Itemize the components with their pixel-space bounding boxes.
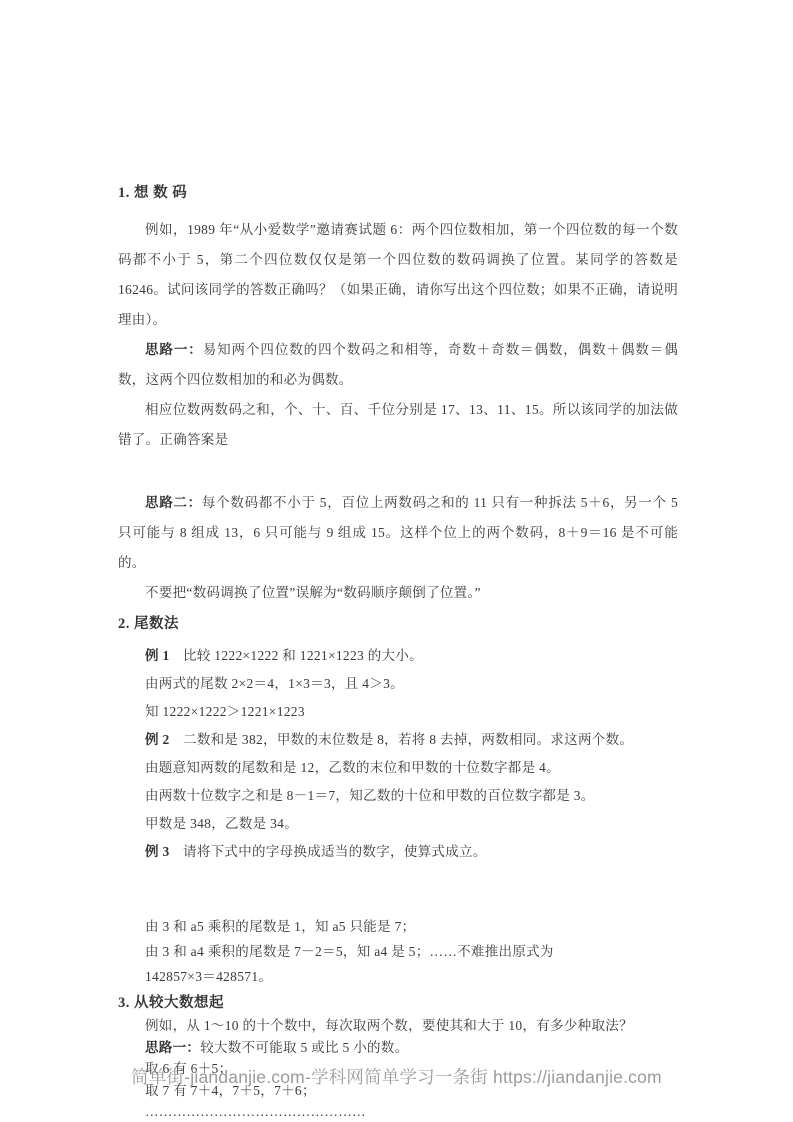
section-1-heading: 1. 想 数 码: [118, 183, 678, 203]
document-content: 1. 想 数 码 例如，1989 年“从小爱数学”邀请赛试题 6：两个四位数相加…: [118, 183, 678, 1122]
paragraph-text: …………………………………………: [145, 1104, 366, 1119]
paragraph-text: 相应位数两数码之和，个、十、百、千位分别是 17、13、11、15。所以该同学的…: [118, 402, 678, 447]
example-3-label: 例 3: [145, 844, 170, 859]
paragraph-example-1: 例 1比较 1222×1222 和 1221×1223 的大小。: [118, 642, 678, 670]
paragraph-caution: 不要把“数码调换了位置”误解为“数码顺序颠倒了位置。”: [118, 578, 678, 608]
section-last-digit-method: 2. 尾数法 例 1比较 1222×1222 和 1221×1223 的大小。 …: [118, 614, 678, 989]
paragraph-example-question: 例如，从 1～10 的十个数中，每次取两个数，要使其和大于 10，有多少种取法？: [118, 1015, 678, 1037]
paragraph-conclusion-1: 知 1222×1222＞1221×1223: [118, 698, 678, 726]
example-1-label: 例 1: [145, 648, 170, 663]
paragraph-example-3-answer: 142857×3＝428571。: [118, 964, 678, 989]
watermark-text: 简单街-jiandanjie.com-学科网简单学习一条街 https://ji…: [131, 1067, 662, 1087]
paragraph-example-3-step1: 由 3 和 a5 乘积的尾数是 1，知 a5 只能是 7；: [118, 914, 678, 939]
paragraph-ellipsis-line: …………………………………………: [118, 1101, 678, 1122]
blank-gap: [118, 866, 678, 914]
approach-1-label: 思路一：: [145, 1040, 200, 1055]
paragraph-text: 请将下式中的字母换成适当的数字，使算式成立。: [183, 844, 487, 859]
paragraph-text: 由题意知两数的尾数和是 12，乙数的末位和甲数的十位数字都是 4。: [145, 760, 560, 775]
paragraph-example-2-step2: 由两数十位数字之和是 8－1＝7，知乙数的十位和甲数的百位数字都是 3。: [118, 782, 678, 810]
paragraph-text: 知 1222×1222＞1221×1223: [145, 704, 305, 719]
paragraph-text: 例如，从 1～10 的十个数中，每次取两个数，要使其和大于 10，有多少种取法？: [145, 1018, 633, 1033]
paragraph-approach-1: 思路一：较大数不可能取 5 或比 5 小的数。: [118, 1037, 678, 1059]
paragraph-text: 易知两个四位数的四个数码之和相等，奇数＋奇数＝偶数，偶数＋偶数＝偶数，这两个四位…: [118, 342, 678, 387]
approach-1-label: 思路一：: [145, 342, 203, 357]
section-3-heading: 3. 从较大数想起: [118, 993, 678, 1013]
paragraph-example-2-answer: 甲数是 348，乙数是 34。: [118, 810, 678, 838]
paragraph-text: 142857×3＝428571。: [145, 969, 272, 984]
paragraph-text: 每个数码都不小于 5，百位上两数码之和的 11 只有一种拆法 5＋6，另一个 5…: [118, 495, 678, 570]
paragraph-example-2-step1: 由题意知两数的尾数和是 12，乙数的末位和甲数的十位数字都是 4。: [118, 754, 678, 782]
paragraph-example-2: 例 2二数和是 382，甲数的末位数是 8，若将 8 去掉，两数相同。求这两个数…: [118, 726, 678, 754]
paragraph-text: 二数和是 382，甲数的末位数是 8，若将 8 去掉，两数相同。求这两个数。: [183, 732, 633, 747]
paragraph-text: 由 3 和 a5 乘积的尾数是 1，知 a5 只能是 7；: [145, 919, 415, 934]
paragraph-approach-2: 思路二：每个数码都不小于 5，百位上两数码之和的 11 只有一种拆法 5＋6，另…: [118, 488, 678, 578]
paragraph-text: 甲数是 348，乙数是 34。: [145, 816, 298, 831]
paragraph-digit-sums: 相应位数两数码之和，个、十、百、千位分别是 17、13、11、15。所以该同学的…: [118, 395, 678, 455]
section-2-heading: 2. 尾数法: [118, 614, 678, 634]
blank-gap: [118, 455, 678, 488]
paragraph-text: 比较 1222×1222 和 1221×1223 的大小。: [183, 648, 423, 663]
approach-2-label: 思路二：: [145, 495, 202, 510]
paragraph-approach-1: 思路一：易知两个四位数的四个数码之和相等，奇数＋奇数＝偶数，偶数＋偶数＝偶数，这…: [118, 335, 678, 395]
paragraph-text: 例如，1989 年“从小爱数学”邀请赛试题 6：两个四位数相加，第一个四位数的每…: [118, 222, 678, 327]
watermark-footer: 简单街-jiandanjie.com-学科网简单学习一条街 https://ji…: [0, 1064, 793, 1089]
paragraph-text: 由两式的尾数 2×2＝4，1×3＝3，且 4＞3。: [145, 676, 404, 691]
paragraph-example-3: 例 3请将下式中的字母换成适当的数字，使算式成立。: [118, 838, 678, 866]
section-think-digits: 1. 想 数 码 例如，1989 年“从小爱数学”邀请赛试题 6：两个四位数相加…: [118, 183, 678, 608]
paragraph-text: 较大数不可能取 5 或比 5 小的数。: [200, 1040, 408, 1055]
paragraph-text: 由两数十位数字之和是 8－1＝7，知乙数的十位和甲数的百位数字都是 3。: [145, 788, 595, 803]
example-2-label: 例 2: [145, 732, 170, 747]
paragraph-tail-compare: 由两式的尾数 2×2＝4，1×3＝3，且 4＞3。: [118, 670, 678, 698]
paragraph-text: 不要把“数码调换了位置”误解为“数码顺序颠倒了位置。”: [145, 585, 481, 600]
section-start-from-larger: 3. 从较大数想起 例如，从 1～10 的十个数中，每次取两个数，要使其和大于 …: [118, 993, 678, 1122]
paragraph-example-3-step2: 由 3 和 a4 乘积的尾数是 7－2＝5，知 a4 是 5；……不难推出原式为: [118, 939, 678, 964]
paragraph-example-1989: 例如，1989 年“从小爱数学”邀请赛试题 6：两个四位数相加，第一个四位数的每…: [118, 215, 678, 335]
document-page: 1. 想 数 码 例如，1989 年“从小爱数学”邀请赛试题 6：两个四位数相加…: [0, 0, 793, 1122]
paragraph-text: 由 3 和 a4 乘积的尾数是 7－2＝5，知 a4 是 5；……不难推出原式为: [145, 944, 554, 959]
